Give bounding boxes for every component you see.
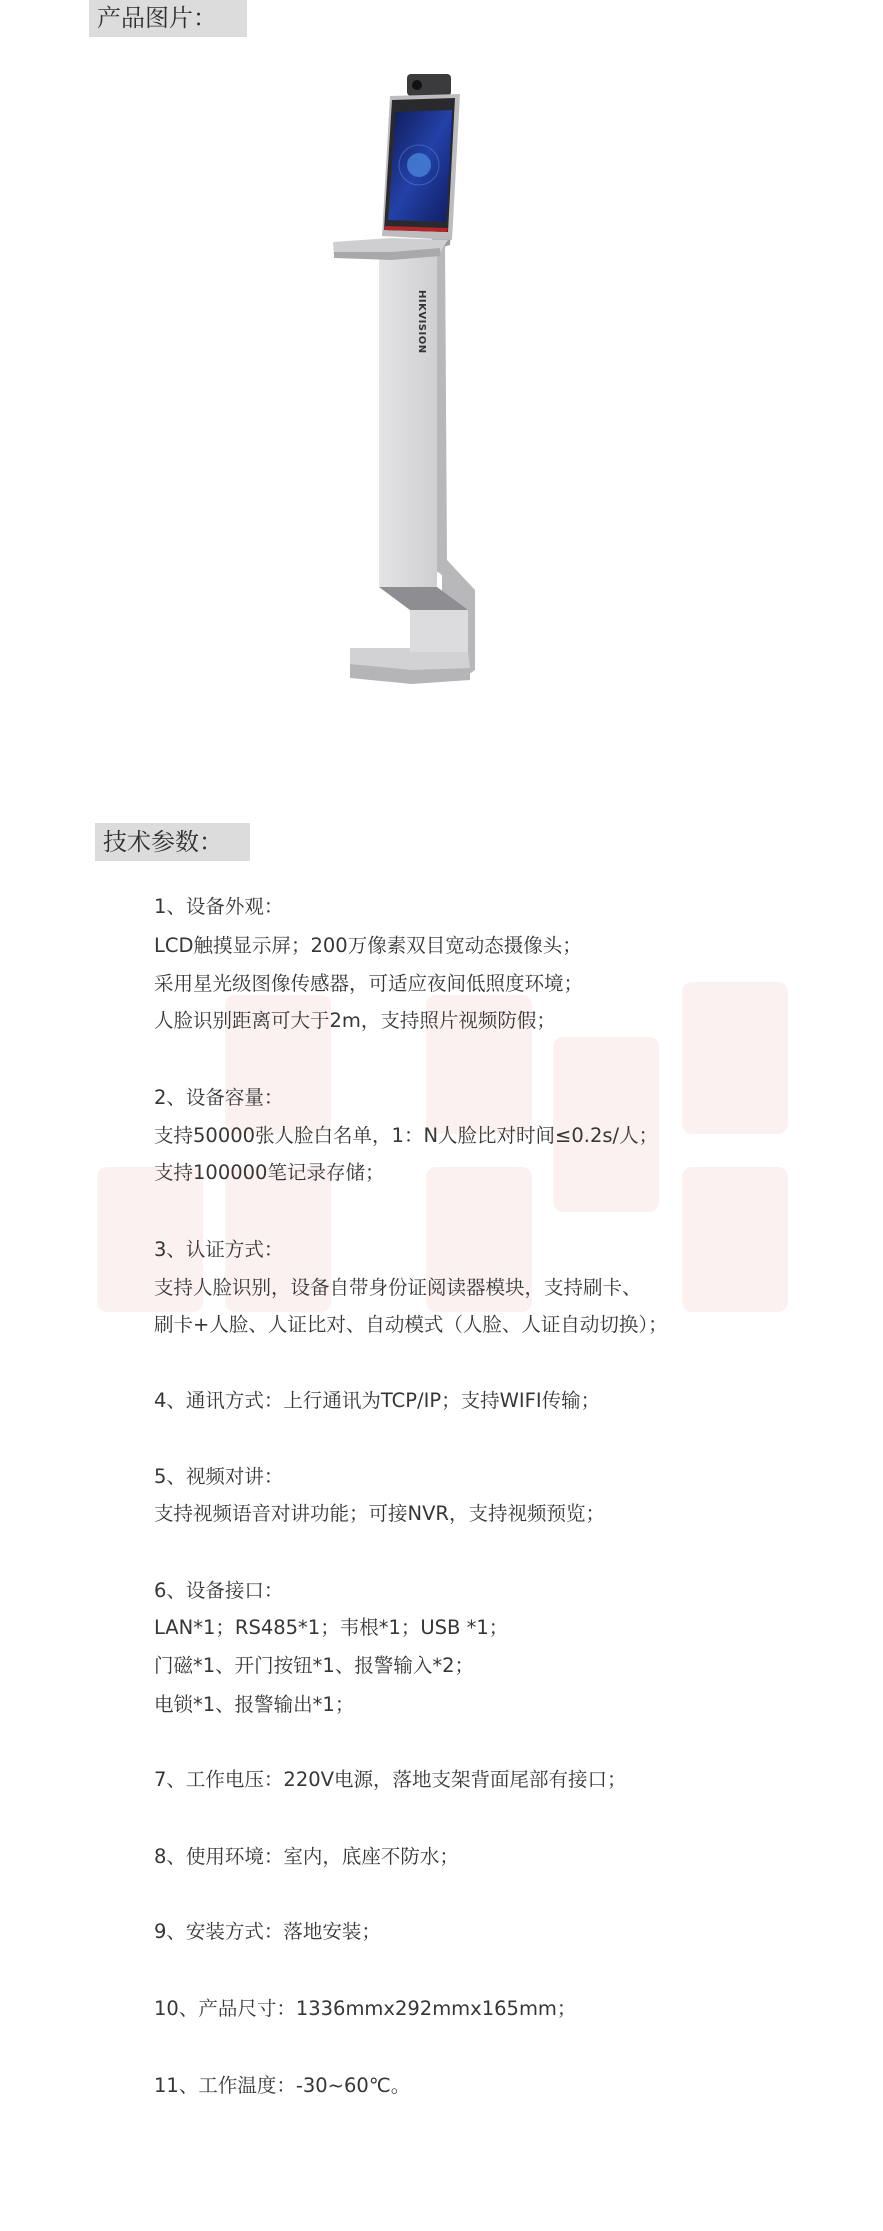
spec-line: LAN*1；RS485*1；韦根*1；USB *1； (154, 1614, 508, 1642)
spec-title: 9、安装方式：落地安装； (154, 1918, 381, 1946)
spec-title: 1、设备外观： (154, 893, 283, 921)
watermark-block (682, 1167, 788, 1312)
spec-line: 支持100000笔记录存储； (154, 1159, 384, 1187)
spec-line: 采用星光级图像传感器，可适应夜间低照度环境； (154, 970, 583, 998)
spec-title: 10、产品尺寸：1336mmx292mmx165mm； (154, 1995, 576, 2023)
spec-title: 4、通讯方式：上行通讯为TCP/IP；支持WIFI传输； (154, 1387, 600, 1415)
spec-title: 7、工作电压：220V电源，落地支架背面尾部有接口； (154, 1766, 626, 1794)
terminal-head (333, 74, 460, 260)
spec-line: 人脸识别距离可大于2m，支持照片视频防假； (154, 1007, 556, 1035)
tech-spec-header: 技术参数： (95, 823, 250, 861)
stand-pillar (350, 240, 475, 684)
product-image: HIKVISION (0, 0, 883, 700)
spec-line: LCD触摸显示屏；200万像素双目宽动态摄像头； (154, 932, 582, 960)
hikvision-logo: HIKVISION (416, 290, 427, 354)
spec-line: 支持视频语音对讲功能；可接NVR，支持视频预览； (154, 1500, 605, 1528)
spec-title: 6、设备接口： (154, 1577, 283, 1605)
spec-line: 刷卡+人脸、人证比对、自动模式（人脸、人证自动切换）； (154, 1311, 668, 1339)
spec-title: 3、认证方式： (154, 1236, 283, 1264)
spec-title: 8、使用环境：室内，底座不防水； (154, 1843, 459, 1871)
spec-line: 支持50000张人脸白名单，1：N人脸比对时间≤0.2s/人； (154, 1122, 658, 1150)
spec-line: 门磁*1、开门按钮*1、报警输入*2； (154, 1652, 474, 1680)
watermark-block (682, 982, 788, 1134)
svg-text:HIKVISION: HIKVISION (416, 290, 427, 354)
spec-title: 2、设备容量： (154, 1084, 283, 1112)
spec-title: 5、视频对讲： (154, 1463, 283, 1491)
spec-line: 电锁*1、报警输出*1； (154, 1691, 354, 1719)
spec-title: 11、工作温度：-30~60℃。 (154, 2072, 410, 2100)
spec-line: 支持人脸识别，设备自带身份证阅读器模块，支持刷卡、 (154, 1274, 642, 1302)
